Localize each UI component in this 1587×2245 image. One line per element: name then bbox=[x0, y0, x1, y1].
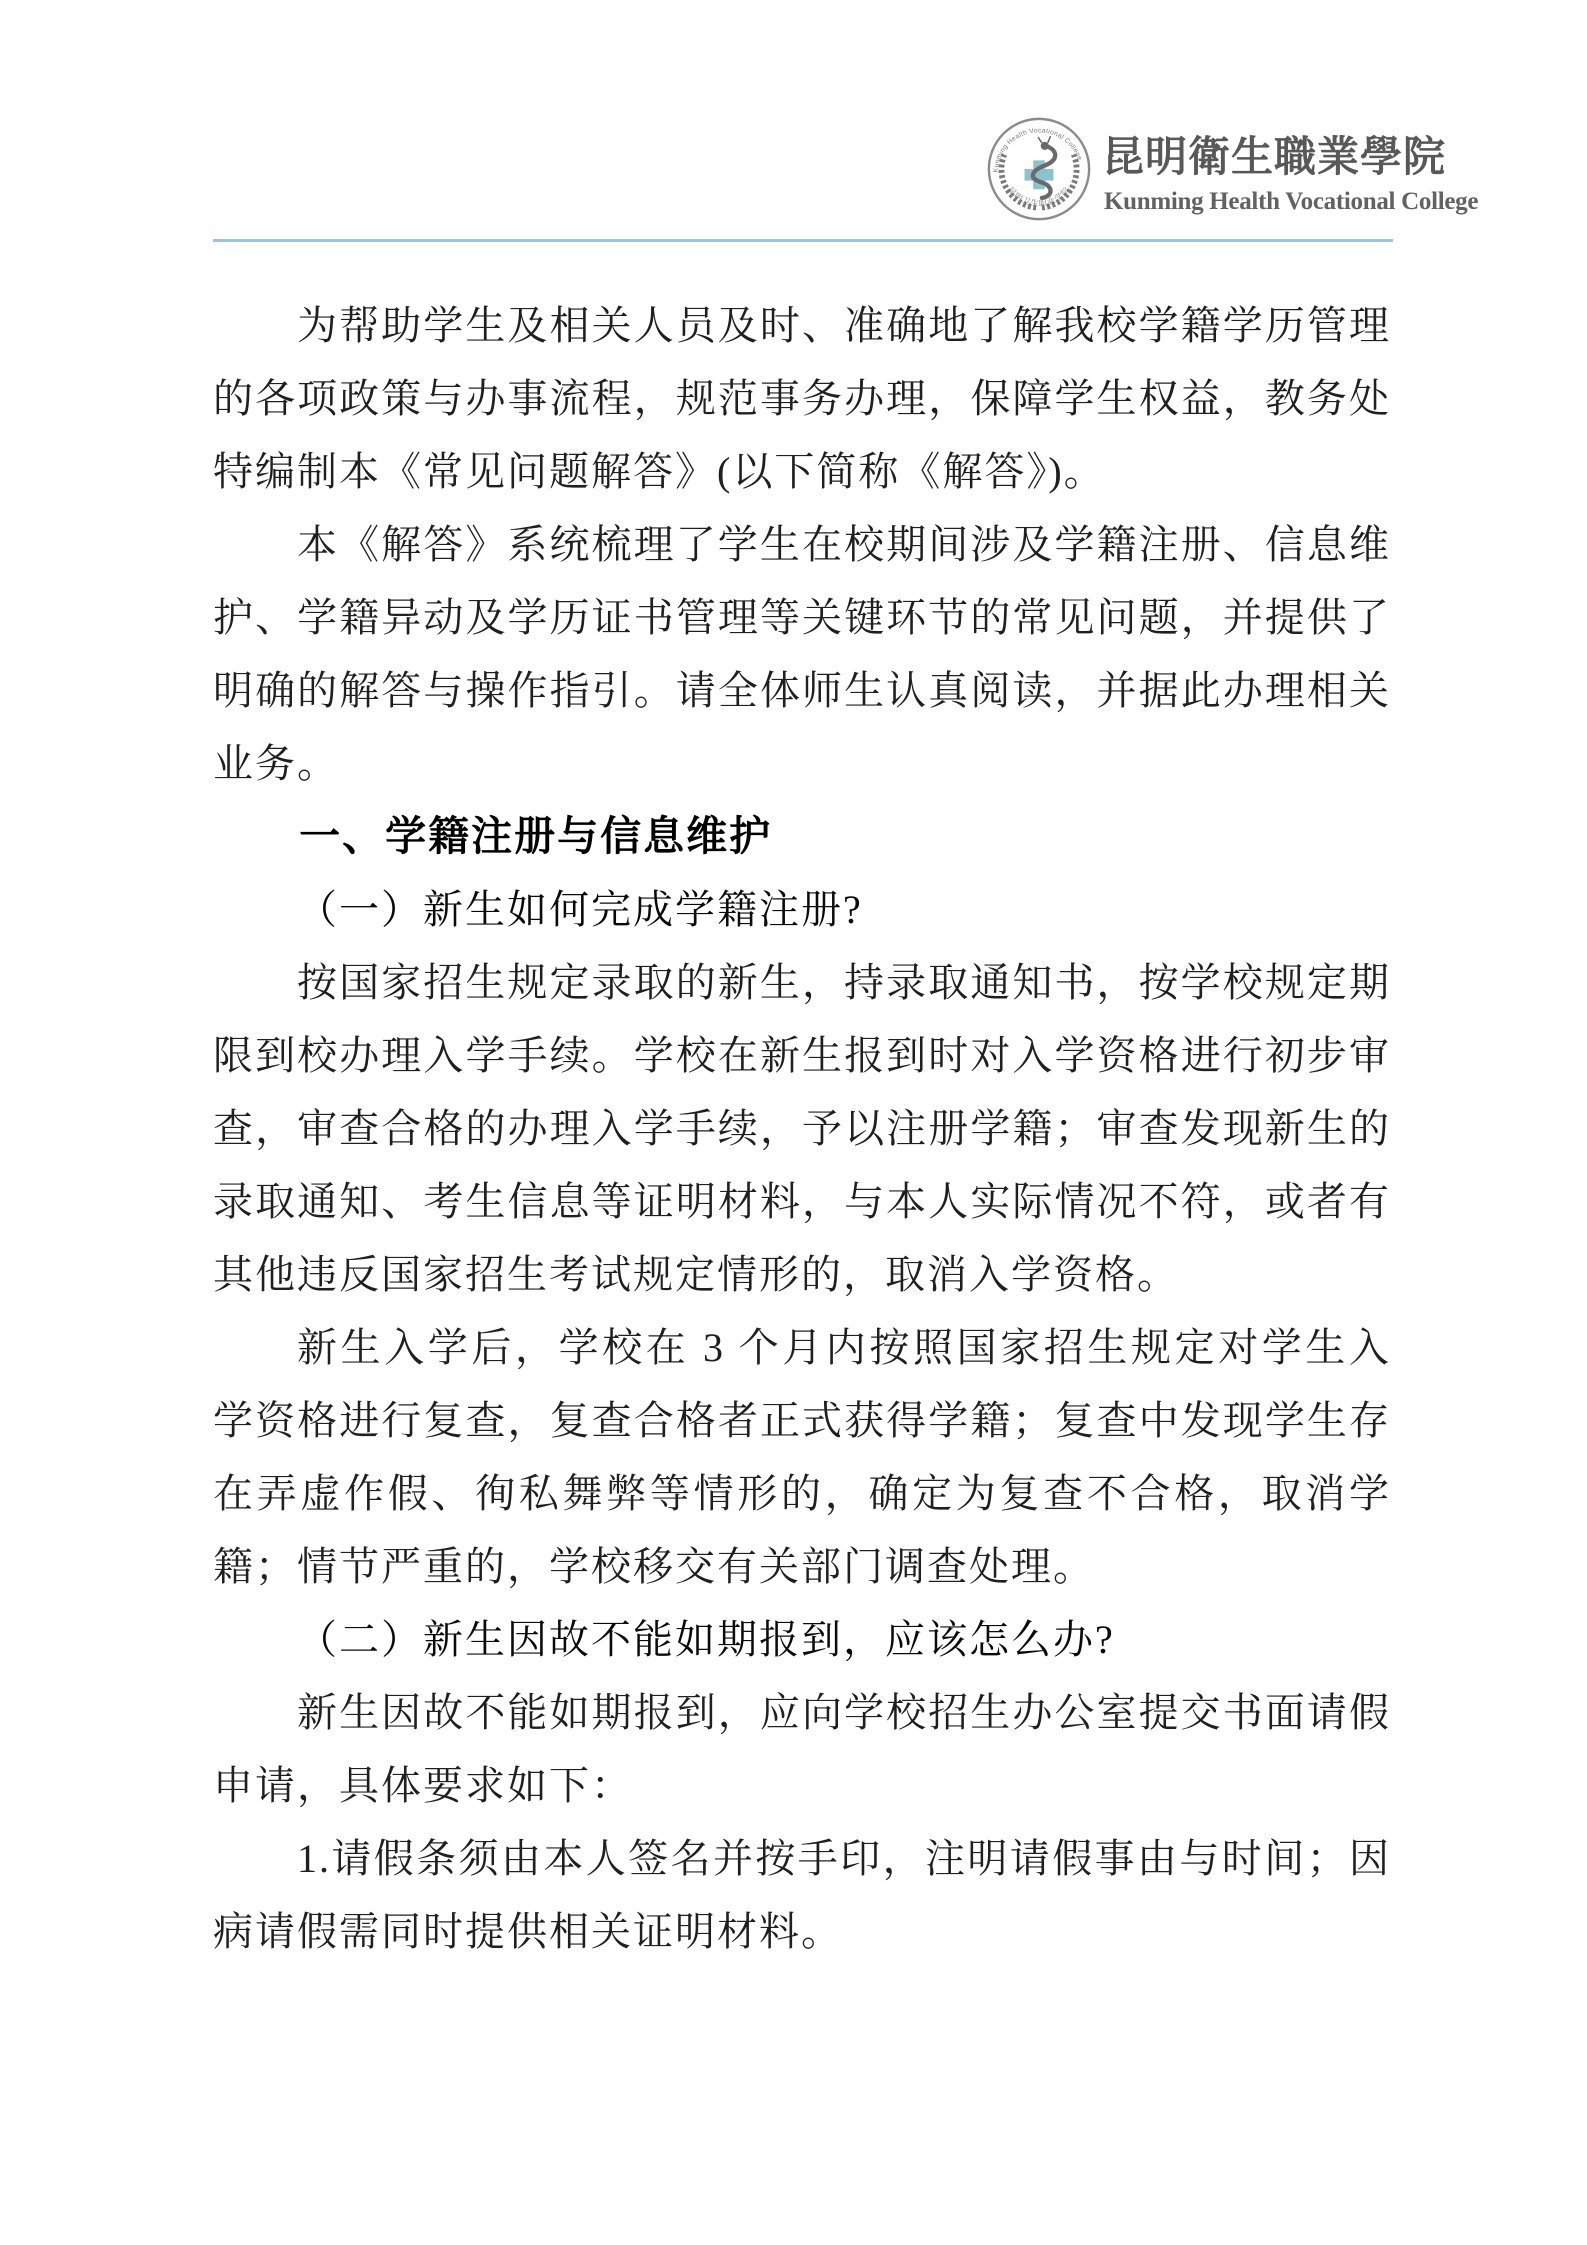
paragraph-intro-2: 本《解答》系统梳理了学生在校期间涉及学籍注册、信息维护、学籍异动及学历证书管理等… bbox=[213, 508, 1391, 800]
paragraph-answer-2b: 1.请假条须由本人签名并按手印，注明请假事由与时间；因病请假需同时提供相关证明材… bbox=[213, 1822, 1391, 1968]
paragraph-intro-1: 为帮助学生及相关人员及时、准确地了解我校学籍学历管理的各项政策与办事流程，规范事… bbox=[213, 289, 1391, 508]
paragraph-answer-1b: 新生入学后，学校在 3 个月内按照国家招生规定对学生入学资格进行复查，复查合格者… bbox=[213, 1311, 1391, 1603]
header-divider bbox=[213, 239, 1393, 242]
document-body: 为帮助学生及相关人员及时、准确地了解我校学籍学历管理的各项政策与办事流程，规范事… bbox=[213, 289, 1391, 1968]
paragraph-answer-2a: 新生因故不能如期报到，应向学校招生办公室提交书面请假申请，具体要求如下： bbox=[213, 1676, 1391, 1822]
section-heading-1: 一、学籍注册与信息维护 bbox=[213, 800, 1391, 873]
college-english-name: Kunming Health Vocational College bbox=[1104, 188, 1449, 216]
college-calligraphy-name: 昆明衛生職業學院 bbox=[1102, 132, 1450, 182]
question-heading-1: （一）新生如何完成学籍注册? bbox=[213, 873, 1391, 946]
college-seal-logo: Kunming Health Vocational College 昆明卫生职业… bbox=[986, 116, 1092, 222]
question-heading-2: （二）新生因故不能如期报到，应该怎么办? bbox=[213, 1603, 1391, 1676]
paragraph-answer-1a: 按国家招生规定录取的新生，持录取通知书，按学校规定期限到校办理入学手续。学校在新… bbox=[213, 946, 1391, 1311]
document-page: Kunming Health Vocational College 昆明卫生职业… bbox=[0, 0, 1587, 2245]
